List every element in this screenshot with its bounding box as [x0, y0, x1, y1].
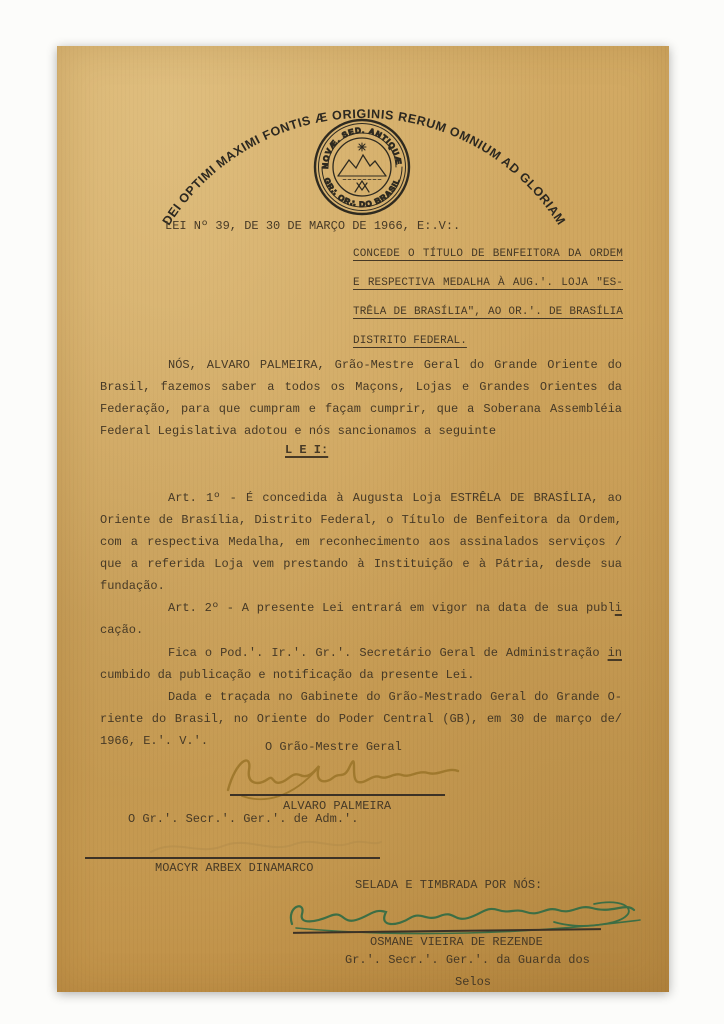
clause-line: cumbido da publicação e notificação da p…	[100, 664, 622, 686]
law-summary: CONCEDE O TÍTULO DE BENFEITORA DA ORDEM …	[353, 240, 623, 356]
preamble-line: Brasil, fazemos saber a todos os Maçons,…	[100, 376, 622, 398]
preamble: NÓS, ALVARO PALMEIRA, Grão-Mestre Geral …	[100, 354, 622, 442]
article-2: Art. 2º - A presente Lei entrará em vigo…	[100, 597, 622, 641]
article-line: Art. 1º - É concedida à Augusta Loja EST…	[100, 487, 622, 509]
seal-square-compass-icon	[355, 181, 369, 192]
seal-star-icon	[358, 143, 366, 151]
preamble-line: Federal Legislativa adotou e nós sancion…	[100, 420, 622, 442]
summary-line: CONCEDE O TÍTULO DE BENFEITORA DA ORDEM	[353, 240, 623, 269]
seal-middle-ring	[319, 124, 406, 211]
keeper-office-line2: Selos	[455, 974, 491, 990]
masonic-seal: NOVÆ. SED. ANTIQUÆ. GR∴ OR∴ DO BRASIL	[311, 116, 413, 218]
law-number-line: LEI Nº 39, DE 30 DE MARÇO DE 1966, E:.V:…	[165, 218, 460, 234]
article-1: Art. 1º - É concedida à Augusta Loja EST…	[100, 487, 622, 597]
keeper-name: OSMANE VIEIRA DE REZENDE	[370, 934, 543, 950]
summary-line: TRÊLA DE BRASÍLIA", AO OR.'. DE BRASÍLIA	[353, 298, 623, 327]
seal-mountains	[338, 155, 386, 180]
article-line: Oriente de Brasília, Distrito Federal, o…	[100, 509, 622, 531]
clause-line: riente do Brasil, no Oriente do Poder Ce…	[100, 708, 622, 730]
preamble-line: NÓS, ALVARO PALMEIRA, Grão-Mestre Geral …	[100, 354, 622, 376]
document-page: DEI OPTIMI MAXIMI FONTIS Æ ORIGINIS RERU…	[57, 46, 669, 992]
sealed-statement: SELADA E TIMBRADA POR NÓS:	[355, 877, 542, 893]
clause-line: Dada e traçada no Gabinete do Grão-Mestr…	[100, 686, 622, 708]
clause-line-underlined: in	[608, 646, 622, 660]
article-line: fundação.	[100, 575, 622, 597]
summary-line: DISTRITO FEDERAL.	[353, 327, 623, 356]
article-line: cação.	[100, 619, 622, 641]
article-line-underlined: i	[615, 601, 622, 615]
signature-rule	[85, 857, 380, 859]
secretary-office: O Gr.'. Secr.'. Ger.'. de Adm.'.	[128, 811, 358, 827]
fica-clause: Fica o Pod.'. Ir.'. Gr.'. Secretário Ger…	[100, 642, 622, 686]
summary-line: E RESPECTIVA MEDALHA À AUG.'. LOJA "ES-	[353, 269, 623, 298]
article-line: com a respectiva Medalha, em reconhecime…	[100, 531, 622, 553]
lei-heading: L E I:	[285, 442, 328, 458]
preamble-line: Federação, para que cumpram e façam cump…	[100, 398, 622, 420]
article-line: que a referida Loja vem prestando à Inst…	[100, 553, 622, 575]
keeper-office-line1: Gr.'. Secr.'. Ger.'. da Guarda dos	[345, 952, 590, 968]
secretary-name: MOACYR ARBEX DINAMARCO	[155, 860, 313, 876]
article-line: Art. 2º - A presente Lei entrará em vigo…	[168, 601, 615, 615]
clause-line: Fica o Pod.'. Ir.'. Gr.'. Secretário Ger…	[168, 646, 608, 660]
signature-rule	[230, 794, 445, 796]
